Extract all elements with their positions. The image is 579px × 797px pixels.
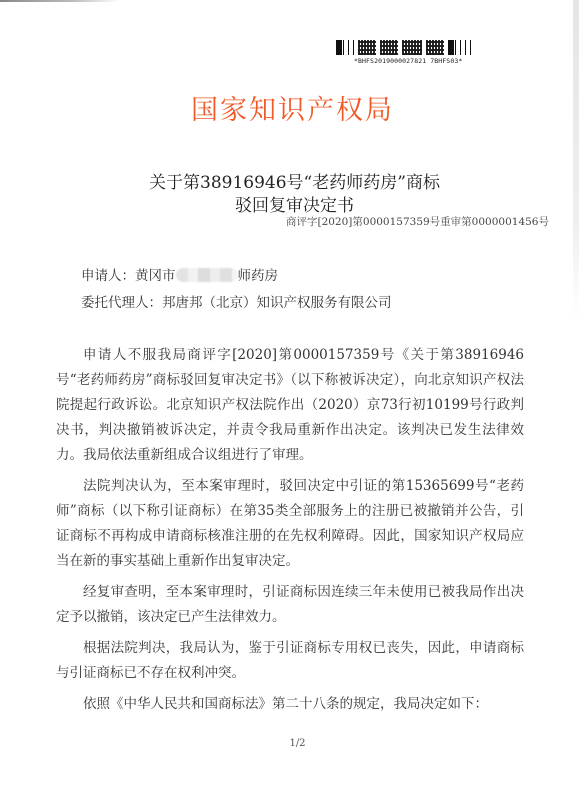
agent-label: 委托代理人：: [81, 295, 162, 311]
scan-edge-shadow: [0, 0, 120, 2]
agent-name: 邦唐邦（北京）知识产权服务有限公司: [162, 295, 392, 311]
document-title-line2: 驳回复审决定书: [10, 191, 579, 216]
applicant-label: 申请人：: [81, 268, 135, 284]
body-paragraph-1: 申请人不服我局商评字[2020]第0000157359号《关于第38916946…: [56, 343, 524, 468]
barcode-number: *BHFS2019000027821 7BHFS03*: [354, 57, 496, 65]
body-paragraph-3: 经复审查明，至本案审理时，引证商标因连续三年未使用已被我局作出决定予以撤销，该决…: [56, 580, 524, 630]
body-paragraph-2: 法院判决认为，至本案审理时，驳回决定中引证的第15365699号“老药师”商标（…: [56, 474, 524, 574]
agent-line: 委托代理人：邦唐邦（北京）知识产权服务有限公司: [81, 291, 392, 311]
page-number: 1/2: [0, 738, 579, 749]
office-name-heading: 国家知识产权局: [0, 88, 579, 127]
reference-number: 商评字[2020]第0000157359号重审第0000001456号: [286, 214, 549, 229]
body-paragraph-5: 依照《中华人民共和国商标法》第二十八条的规定，我局决定如下：: [56, 692, 524, 717]
applicant-line: 申请人：黄冈市师药房: [81, 264, 278, 284]
document-title-line1: 关于第38916946号“老药师药房”商标: [10, 168, 579, 193]
barcode-graphic: [336, 40, 496, 55]
scan-right-edge: [573, 0, 579, 320]
body-paragraph-4: 根据法院判决，我局认为，鉴于引证商标专用权已丧失，因此，申请商标与引证商标已不存…: [56, 636, 524, 686]
applicant-name-prefix: 黄冈市: [135, 268, 176, 284]
decision-body: 申请人不服我局商评字[2020]第0000157359号《关于第38916946…: [56, 343, 524, 723]
document-barcode: *BHFS2019000027821 7BHFS03*: [336, 40, 496, 65]
redacted-region: [176, 268, 238, 282]
applicant-name-suffix: 师药房: [238, 268, 279, 284]
